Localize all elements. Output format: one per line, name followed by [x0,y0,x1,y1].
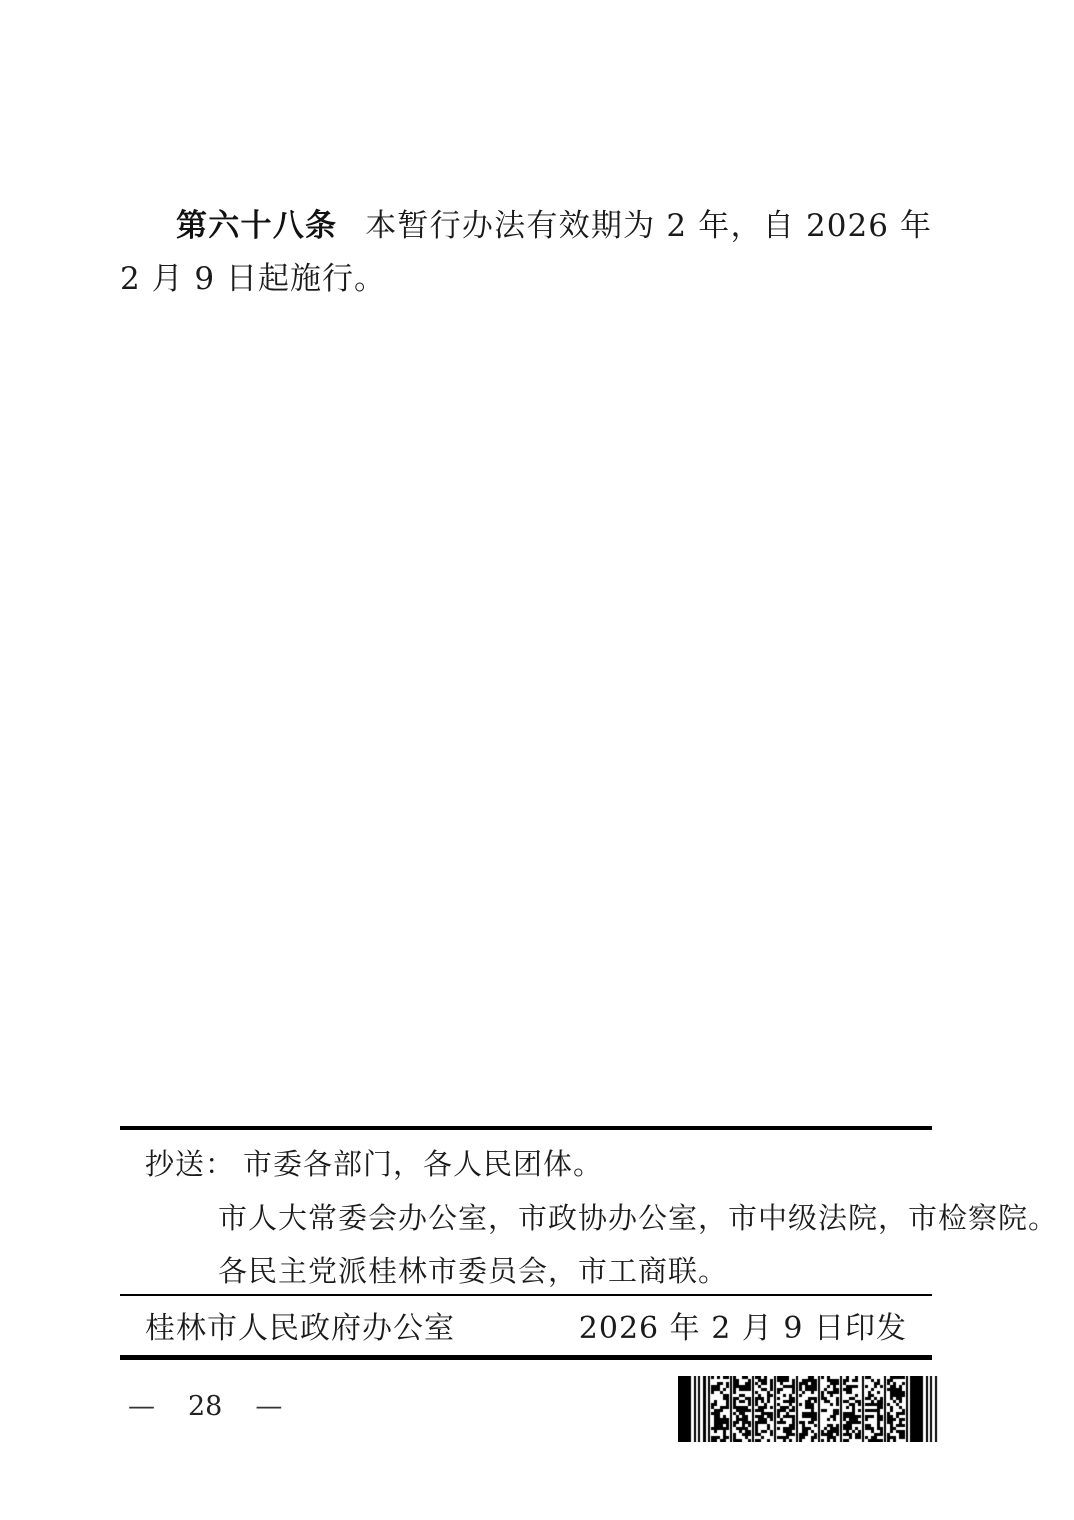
article-number: 第六十八条 [176,208,337,244]
page-number-dash-left: — [128,1391,155,1422]
print-date: 2026 年 2 月 9 日印发 [579,1311,907,1347]
page-number: — 28 — [128,1391,282,1422]
copy-to-row: 市人大常委会办公室，市政协办公室，市中级法院，市检察院。 [218,1200,1058,1236]
page-number-dash-right: — [255,1391,282,1422]
copy-to-row: 抄送：市委各部门，各人民团体。 [145,1146,603,1182]
copy-to-label: 抄送： [145,1147,235,1181]
page-number-value: 28 [188,1391,222,1422]
copy-to-line: 各民主党派桂林市委员会，市工商联。 [218,1254,728,1288]
divider-bottom-thick [120,1355,932,1360]
divider-top-thick [120,1126,932,1130]
article-paragraph: 第六十八条本暂行办法有效期为 2 年，自 2026 年 2 月 9 日起施行。 [120,200,932,306]
pdf417-barcode-icon [678,1376,938,1442]
copy-to-line: 市人大常委会办公室，市政协办公室，市中级法院，市检察院。 [218,1201,1058,1235]
divider-middle-thin [120,1294,932,1296]
copy-to-line: 市委各部门，各人民团体。 [243,1147,603,1181]
issue-row: 桂林市人民政府办公室 2026 年 2 月 9 日印发 [145,1311,907,1347]
copy-to-row: 各民主党派桂林市委员会，市工商联。 [218,1253,728,1289]
issuing-office: 桂林市人民政府办公室 [145,1311,455,1347]
document-page: 第六十八条本暂行办法有效期为 2 年，自 2026 年 2 月 9 日起施行。 … [0,0,1074,1520]
